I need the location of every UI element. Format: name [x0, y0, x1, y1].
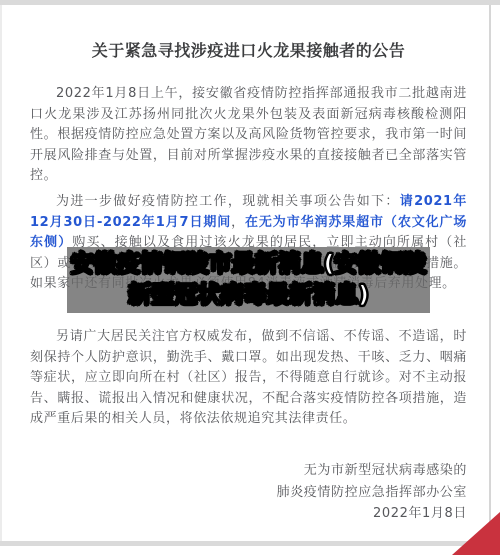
body-text: 为进一步做好疫情防控工作，现就相关事项公告如下：	[56, 194, 400, 209]
watermark-overlay: 安徽疫情铜陵市最新消息(安徽铜陵 新型冠状病毒最新消息)	[67, 247, 430, 313]
signature-date: 2022年1月8日	[277, 503, 467, 525]
watermark-title-line2: 新型冠状病毒最新消息)	[128, 280, 369, 311]
notice-paragraph-1: 2022年1月8日上午，接安徽省疫情防控指挥部通报我市二批越南进口火龙果涉及江苏…	[30, 84, 467, 187]
body-text: 另请广大居民关注官方权威发布，做到不信谣、不传谣、不造谣，时刻保持个人防护意识，…	[30, 329, 467, 426]
bottom-edge-band	[0, 541, 500, 546]
page-border-left	[0, 5, 2, 541]
watermark-title-line1: 安徽疫情铜陵市最新消息(安徽铜陵	[71, 249, 427, 280]
notice-screenshot: { "colors": { "accent_red": "#c9323e", "…	[0, 0, 500, 555]
signature-block: 无为市新型冠状病毒感染的 肺炎疫情防控应急指挥部办公室 2022年1月8日	[277, 460, 467, 525]
red-corner-triangle	[452, 512, 500, 555]
body-text: 2022年1月8日上午，接安徽省疫情防控指挥部通报我市二批越南进口火龙果涉及江苏…	[30, 86, 467, 183]
signature-org-line1: 无为市新型冠状病毒感染的	[277, 460, 467, 482]
signature-org-line2: 肺炎疫情防控应急指挥部办公室	[277, 482, 467, 504]
body-text: ，	[231, 215, 245, 230]
notice-title: 关于紧急寻找涉疫进口火龙果接触者的公告	[30, 38, 467, 61]
page-border-right	[489, 5, 491, 545]
top-edge-band	[0, 0, 500, 5]
notice-paragraph-3: 另请广大居民关注官方权威发布，做到不信谣、不传谣、不造谣，时刻保持个人防护意识，…	[30, 327, 467, 430]
